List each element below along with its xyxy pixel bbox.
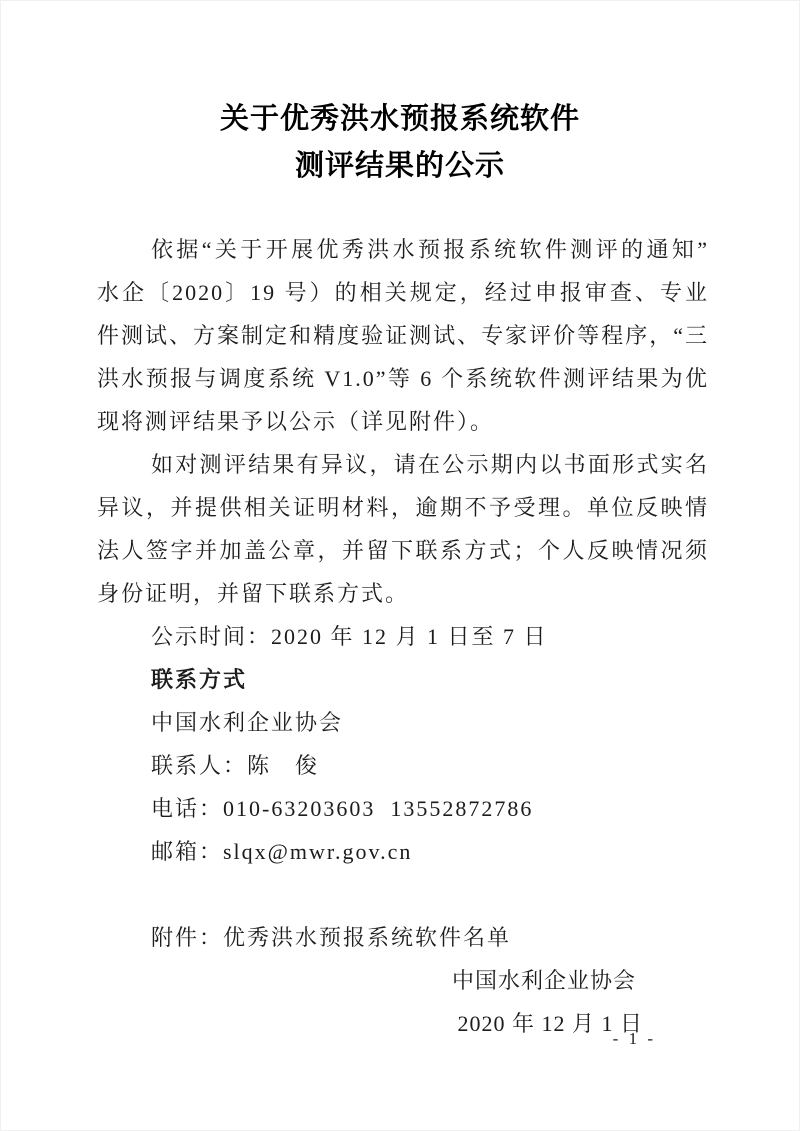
publicity-period: 公示时间：2020 年 12 月 1 日至 7 日 [97, 615, 709, 658]
paragraph1-line: 依据“关于开展优秀洪水预报系统软件测评的通知”（中 [97, 228, 709, 271]
contact-organization: 中国水利企业协会 [97, 701, 709, 744]
paragraph1-line: 洪水预报与调度系统 V1.0”等 6 个系统软件测评结果为优秀。 [97, 357, 709, 400]
blank-line [97, 873, 709, 916]
paragraph1-line: 现将测评结果予以公示（详见附件）。 [97, 400, 709, 443]
document-title-line1: 关于优秀洪水预报系统软件 [1, 96, 799, 143]
contact-heading: 联系方式 [97, 658, 709, 701]
document-title-line2: 测评结果的公示 [1, 143, 799, 190]
attachment-note: 附件：优秀洪水预报系统软件名单 [97, 916, 709, 959]
paragraph2-line: 异议，并提供相关证明材料，逾期不予受理。单位反映情况须 [97, 486, 709, 529]
contact-phone: 电话：010-63203603 13552872786 [97, 787, 709, 830]
document-title: 关于优秀洪水预报系统软件 测评结果的公示 [1, 96, 799, 190]
contact-email: 邮箱：slqx@mwr.gov.cn [97, 830, 709, 873]
paragraph2-line: 法人签字并加盖公章，并留下联系方式；个人反映情况须提供 [97, 529, 709, 572]
document-page: 关于优秀洪水预报系统软件 测评结果的公示 依据“关于开展优秀洪水预报系统软件测评… [0, 0, 800, 1131]
page-number: - 1 - [613, 1029, 656, 1049]
paragraph1-line: 水企〔2020〕19 号）的相关规定，经过申报审查、专业机构软 [97, 271, 709, 314]
paragraph2-line: 如对测评结果有异议，请在公示期内以书面形式实名提出 [97, 443, 709, 486]
paragraph2-line: 身份证明，并留下联系方式。 [97, 572, 709, 615]
document-body: 依据“关于开展优秀洪水预报系统软件测评的通知”（中 水企〔2020〕19 号）的… [97, 228, 709, 1045]
paragraph1-line: 件测试、方案制定和精度验证测试、专家评价等程序，“三立 [97, 314, 709, 357]
signature-organization: 中国水利企业协会 [97, 959, 709, 1002]
contact-person: 联系人：陈 俊 [97, 744, 709, 787]
